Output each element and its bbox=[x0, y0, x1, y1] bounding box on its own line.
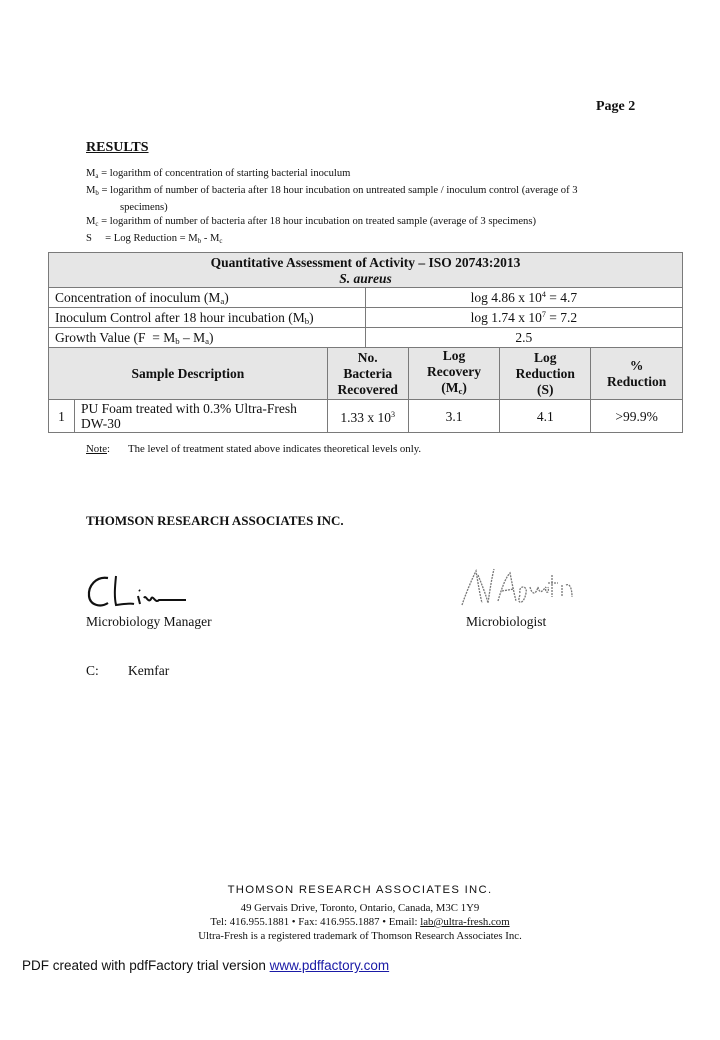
definition-mc: Mc = logarithm of number of bacteria aft… bbox=[86, 215, 646, 232]
manager-signature bbox=[86, 572, 196, 619]
organism-name: S. aureus bbox=[55, 271, 676, 287]
email-link[interactable]: lab@ultra-fresh.com bbox=[420, 916, 509, 928]
footer-company: THOMSON RESEARCH ASSOCIATES INC. bbox=[0, 884, 720, 896]
results-heading: RESULTS bbox=[86, 140, 149, 156]
signature-company: THOMSON RESEARCH ASSOCIATES INC. bbox=[86, 513, 344, 529]
summary-row-control: Inoculum Control after 18 hour incubatio… bbox=[49, 308, 683, 328]
table-row: 1 PU Foam treated with 0.3% Ultra-Fresh … bbox=[49, 400, 683, 433]
cc-line: C:Kemfar bbox=[86, 663, 169, 679]
note: Note:The level of treatment stated above… bbox=[86, 443, 421, 455]
definition-mb-continuation: specimens) bbox=[86, 201, 646, 215]
results-table: Quantitative Assessment of Activity – IS… bbox=[48, 252, 683, 433]
footer-contact: Tel: 416.955.1881 • Fax: 416.955.1887 • … bbox=[0, 916, 720, 928]
definition-ma: Ma = logarithm of concentration of start… bbox=[86, 167, 646, 184]
summary-row-inoculum: Concentration of inoculum (Ma) log 4.86 … bbox=[49, 288, 683, 308]
summary-row-growth: Growth Value (F = Mb – Ma) 2.5 bbox=[49, 328, 683, 348]
manager-role: Microbiology Manager bbox=[86, 614, 212, 630]
pdffactory-link[interactable]: www.pdffactory.com bbox=[270, 958, 390, 973]
column-headers: Sample Description No.BacteriaRecovered … bbox=[49, 348, 683, 400]
col-pct-reduction: %Reduction bbox=[591, 348, 683, 400]
col-sample-description: Sample Description bbox=[49, 348, 328, 400]
page-number: Page 2 bbox=[596, 99, 635, 115]
definitions-list: Ma = logarithm of concentration of start… bbox=[86, 167, 646, 249]
pdf-banner: PDF created with pdfFactory trial versio… bbox=[22, 958, 389, 973]
footer-trademark: Ultra-Fresh is a registered trademark of… bbox=[0, 930, 720, 942]
col-log-reduction: LogReduction(S) bbox=[500, 348, 591, 400]
table-title: Quantitative Assessment of Activity – IS… bbox=[49, 253, 683, 288]
col-log-recovery: LogRecovery(Mc) bbox=[408, 348, 500, 400]
microbiologist-signature bbox=[458, 565, 583, 615]
col-bacteria-recovered: No.BacteriaRecovered bbox=[327, 348, 408, 400]
definition-s: S = Log Reduction = Mb - Mc bbox=[86, 232, 646, 249]
footer-address: 49 Gervais Drive, Toronto, Ontario, Cana… bbox=[0, 902, 720, 914]
microbiologist-role: Microbiologist bbox=[466, 614, 546, 630]
definition-mb: Mb = logarithm of number of bacteria aft… bbox=[86, 184, 646, 201]
